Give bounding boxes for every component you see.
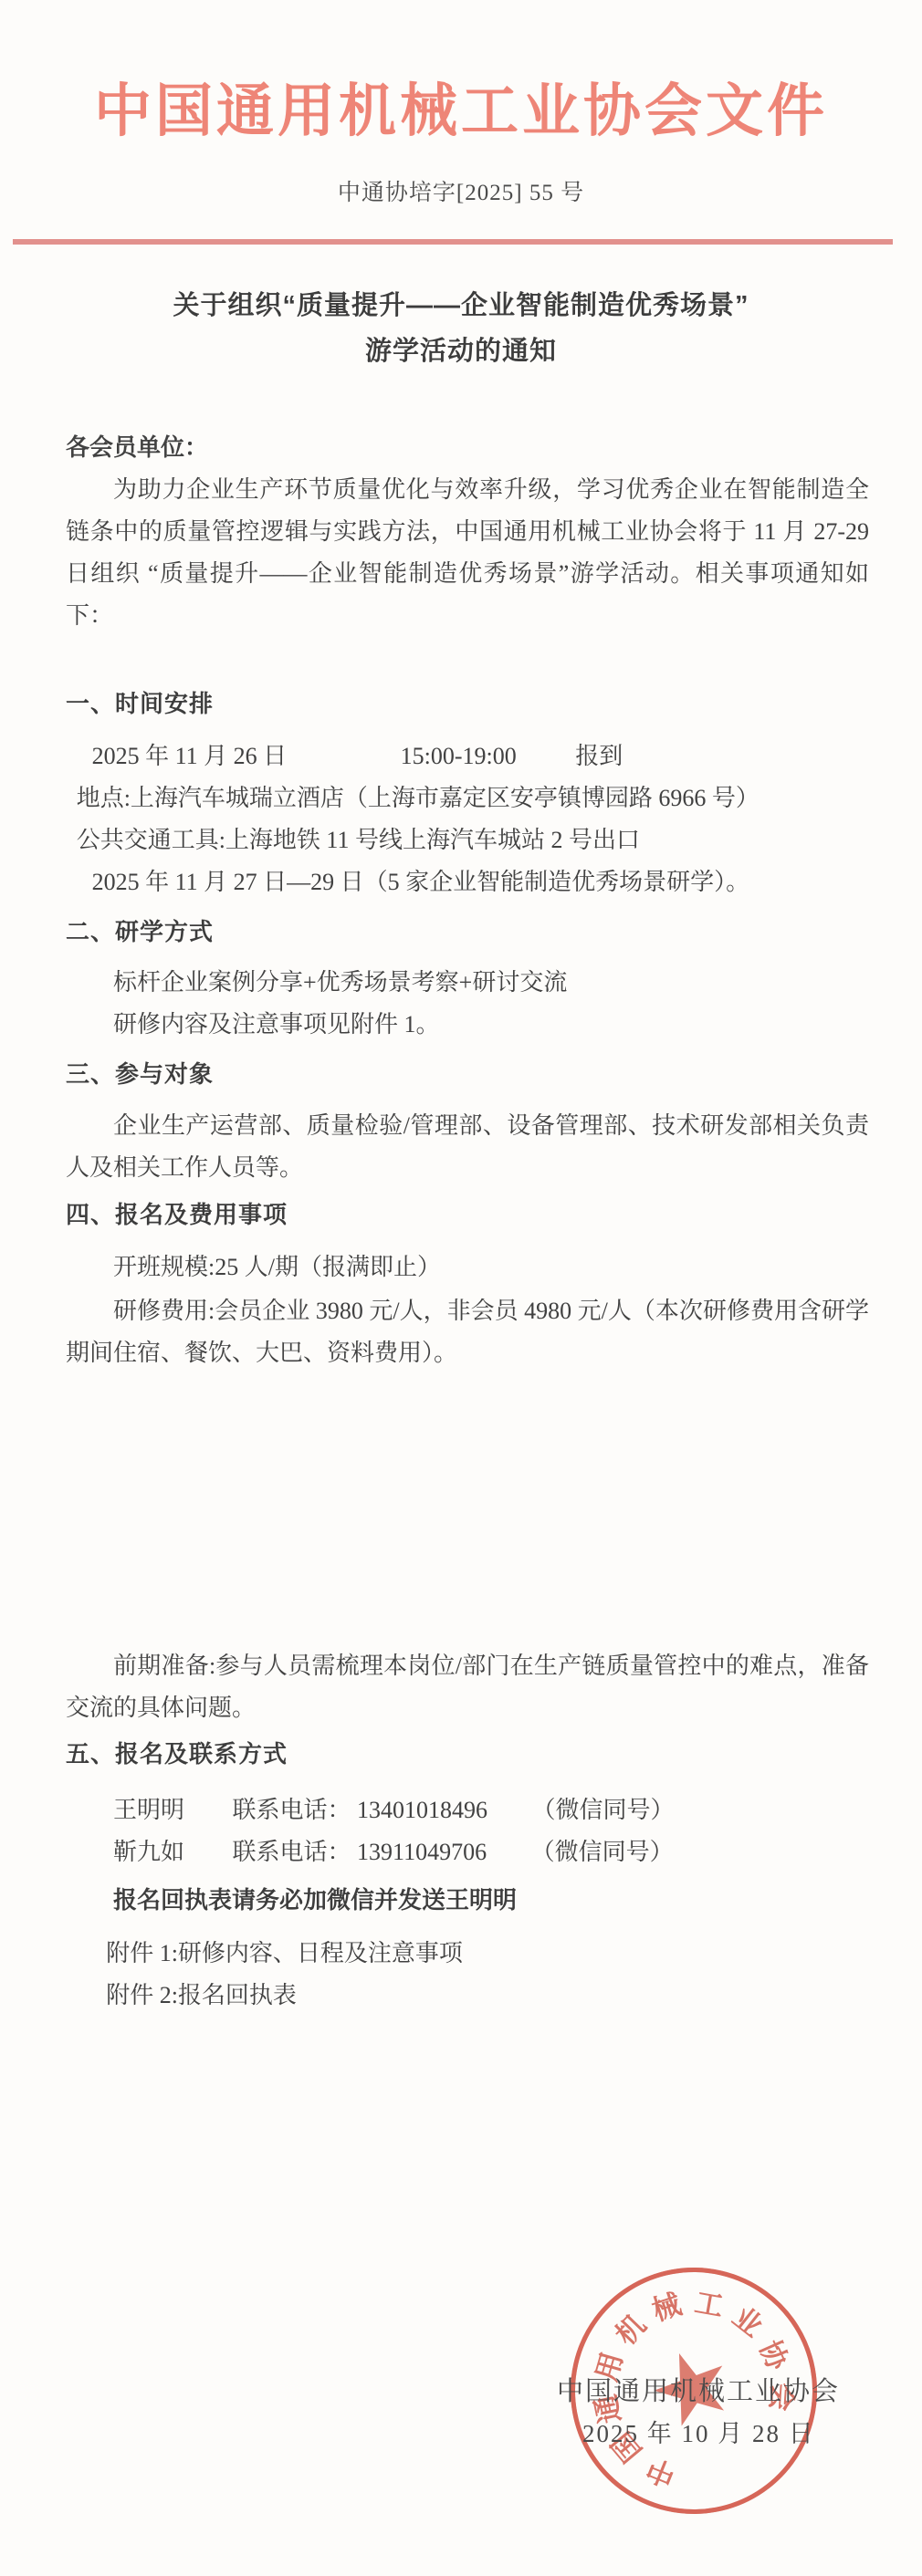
registration-bold-note: 报名回执表请务必加微信并发送王明明 <box>66 1879 869 1921</box>
seal-ring-char: 业 <box>726 2295 773 2345</box>
venue-line: 地点:上海汽车城瑞立酒店（上海市嘉定区安亭镇博园路 6966 号） <box>66 777 869 819</box>
seal-ring-char: 协 <box>752 2332 802 2375</box>
section-4-heading: 四、报名及费用事项 <box>66 1194 869 1236</box>
section-2-heading: 二、研学方式 <box>66 911 869 953</box>
seal-ring-char: 中 <box>639 2450 681 2498</box>
document-title: 关于组织“质量提升——企业智能制造优秀场景” 游学活动的通知 <box>0 283 922 374</box>
signature-organization: 中国通用机械工业协会 <box>557 2371 840 2413</box>
document-title-line2: 游学活动的通知 <box>0 329 922 374</box>
transit-line: 公共交通工具:上海地铁 11 号线上海汽车城站 2 号出口 <box>66 819 869 861</box>
contact-row-2: 靳九如 联系电话： 13911049706 （微信同号） <box>66 1831 869 1873</box>
letterhead-title: 中国通用机械工业协会文件 <box>0 69 922 153</box>
schedule-row: 2025 年 11 月 26 日 15:00-19:00 报到 <box>66 735 869 777</box>
attachment-1: 附件 1:研修内容、日程及注意事项 <box>66 1933 869 1975</box>
study-dates-line: 2025 年 11 月 27 日—29 日（5 家企业智能制造优秀场景研学）。 <box>66 861 869 903</box>
class-size-line: 开班规模:25 人/期（报满即止） <box>66 1246 869 1288</box>
letterhead: 中国通用机械工业协会文件 <box>0 0 922 153</box>
schedule-time: 15:00-19:00 <box>401 743 517 769</box>
intro-paragraph: 为助力企业生产环节质量优化与效率升级，学习优秀企业在智能制造全链条中的质量管控逻… <box>66 469 869 637</box>
contact-2-name: 靳九如 <box>113 1839 184 1865</box>
contact-1-name: 王明明 <box>113 1797 184 1823</box>
document-number: 中通协培字[2025] 55 号 <box>0 177 922 210</box>
attachment-2: 附件 2:报名回执表 <box>66 1975 869 2017</box>
document-body: 各会员单位： 为助力企业生产环节质量优化与效率升级，学习优秀企业在智能制造全链条… <box>66 427 869 2017</box>
page-gap <box>66 1374 869 1645</box>
contact-2-wechat-note: （微信同号） <box>531 1839 674 1865</box>
red-divider-rule <box>13 239 893 245</box>
participants-paragraph: 企业生产运营部、质量检验/管理部、设备管理部、技术研发部相关负责人及相关工作人员… <box>66 1105 869 1189</box>
contact-1-phone-label: 联系电话： <box>233 1797 351 1823</box>
preparation-paragraph: 前期准备:参与人员需梳理本岗位/部门在生产链质量管控中的难点，准备交流的具体问题… <box>66 1645 869 1729</box>
fee-paragraph: 研修费用:会员企业 3980 元/人，非会员 4980 元/人（本次研修费用含研… <box>66 1290 869 1374</box>
section-5-heading: 五、报名及联系方式 <box>66 1733 869 1775</box>
contact-row-1: 王明明 联系电话： 13401018496 （微信同号） <box>66 1789 869 1831</box>
section-1-heading: 一、时间安排 <box>66 683 869 725</box>
section-3-heading: 三、参与对象 <box>66 1053 869 1095</box>
contact-2-phone-label: 联系电话： <box>233 1839 351 1865</box>
method-line-2: 研修内容及注意事项见附件 1。 <box>66 1004 869 1046</box>
contact-1-phone-number: 13401018496 <box>357 1797 487 1823</box>
schedule-date: 2025 年 11 月 26 日 <box>92 743 288 769</box>
seal-ring-char: 械 <box>646 2281 686 2329</box>
salutation: 各会员单位： <box>66 427 869 469</box>
schedule-label: 报到 <box>575 743 623 769</box>
contact-2-phone-number: 13911049706 <box>357 1839 487 1865</box>
document-title-line1: 关于组织“质量提升——企业智能制造优秀场景” <box>0 283 922 329</box>
method-line-1: 标杆企业案例分享+优秀场景考察+研讨交流 <box>66 962 869 1004</box>
document-page: 中国通用机械工业协会文件 中通协培字[2025] 55 号 关于组织“质量提升—… <box>0 0 922 2576</box>
seal-ring-char: 工 <box>692 2279 727 2325</box>
signature-date: 2025 年 10 月 28 日 <box>582 2413 815 2455</box>
contact-1-wechat-note: （微信同号） <box>532 1797 675 1823</box>
